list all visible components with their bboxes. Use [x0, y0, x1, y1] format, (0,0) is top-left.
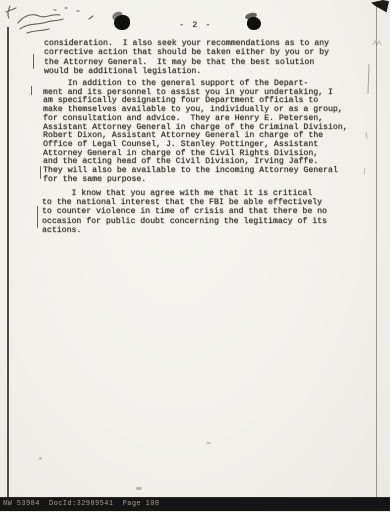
- speck: [39, 457, 42, 460]
- text-line: actions.: [42, 226, 327, 235]
- text-line: I know that you agree with me that it is…: [42, 189, 327, 198]
- page-edge-line: [7, 27, 9, 497]
- text-line: occasion for public doubt concerning the…: [42, 217, 327, 226]
- margin-pencil-tick: [364, 168, 366, 174]
- paragraph-2: In addition to the general support of th…: [43, 80, 348, 184]
- text-line: for the same purpose.: [43, 176, 348, 185]
- margin-smudge: [372, 38, 386, 48]
- scanned-document-page: - 2 - consideration. I also seek your re…: [0, 0, 390, 512]
- page-number: - 2 -: [179, 20, 212, 30]
- text-line: the Attorney General. It may be that the…: [44, 58, 329, 67]
- margin-pencil-stroke: [367, 64, 369, 94]
- margin-emphasis-line: [33, 54, 34, 69]
- paragraph-3: I know that you agree with me that it is…: [42, 189, 327, 235]
- text-line: corrective action that should be taken e…: [44, 48, 329, 57]
- margin-emphasis-line: [40, 166, 41, 179]
- corner-fold-mark: [369, 0, 389, 13]
- page-edge-line: [376, 6, 377, 497]
- margin-emphasis-line: [31, 86, 32, 95]
- margin-pencil-tick: [366, 132, 368, 139]
- ink-blot-mark: [247, 17, 261, 30]
- speck: [136, 487, 142, 490]
- text-line: to counter violence in time of crisis an…: [42, 207, 327, 216]
- archive-stamp-text: NW 53984 DocId:32989541 Page 108: [3, 498, 159, 511]
- archive-stamp-bar: NW 53984 DocId:32989541 Page 108: [0, 497, 390, 511]
- handwritten-scribble: [2, 2, 102, 40]
- margin-emphasis-line: [37, 206, 38, 228]
- speck: [206, 442, 211, 444]
- text-line: consideration. I also seek your recommen…: [44, 39, 329, 48]
- text-line: would be additional legislation.: [44, 67, 329, 76]
- ink-blot-mark: [114, 15, 130, 30]
- paragraph-1: consideration. I also seek your recommen…: [44, 39, 329, 76]
